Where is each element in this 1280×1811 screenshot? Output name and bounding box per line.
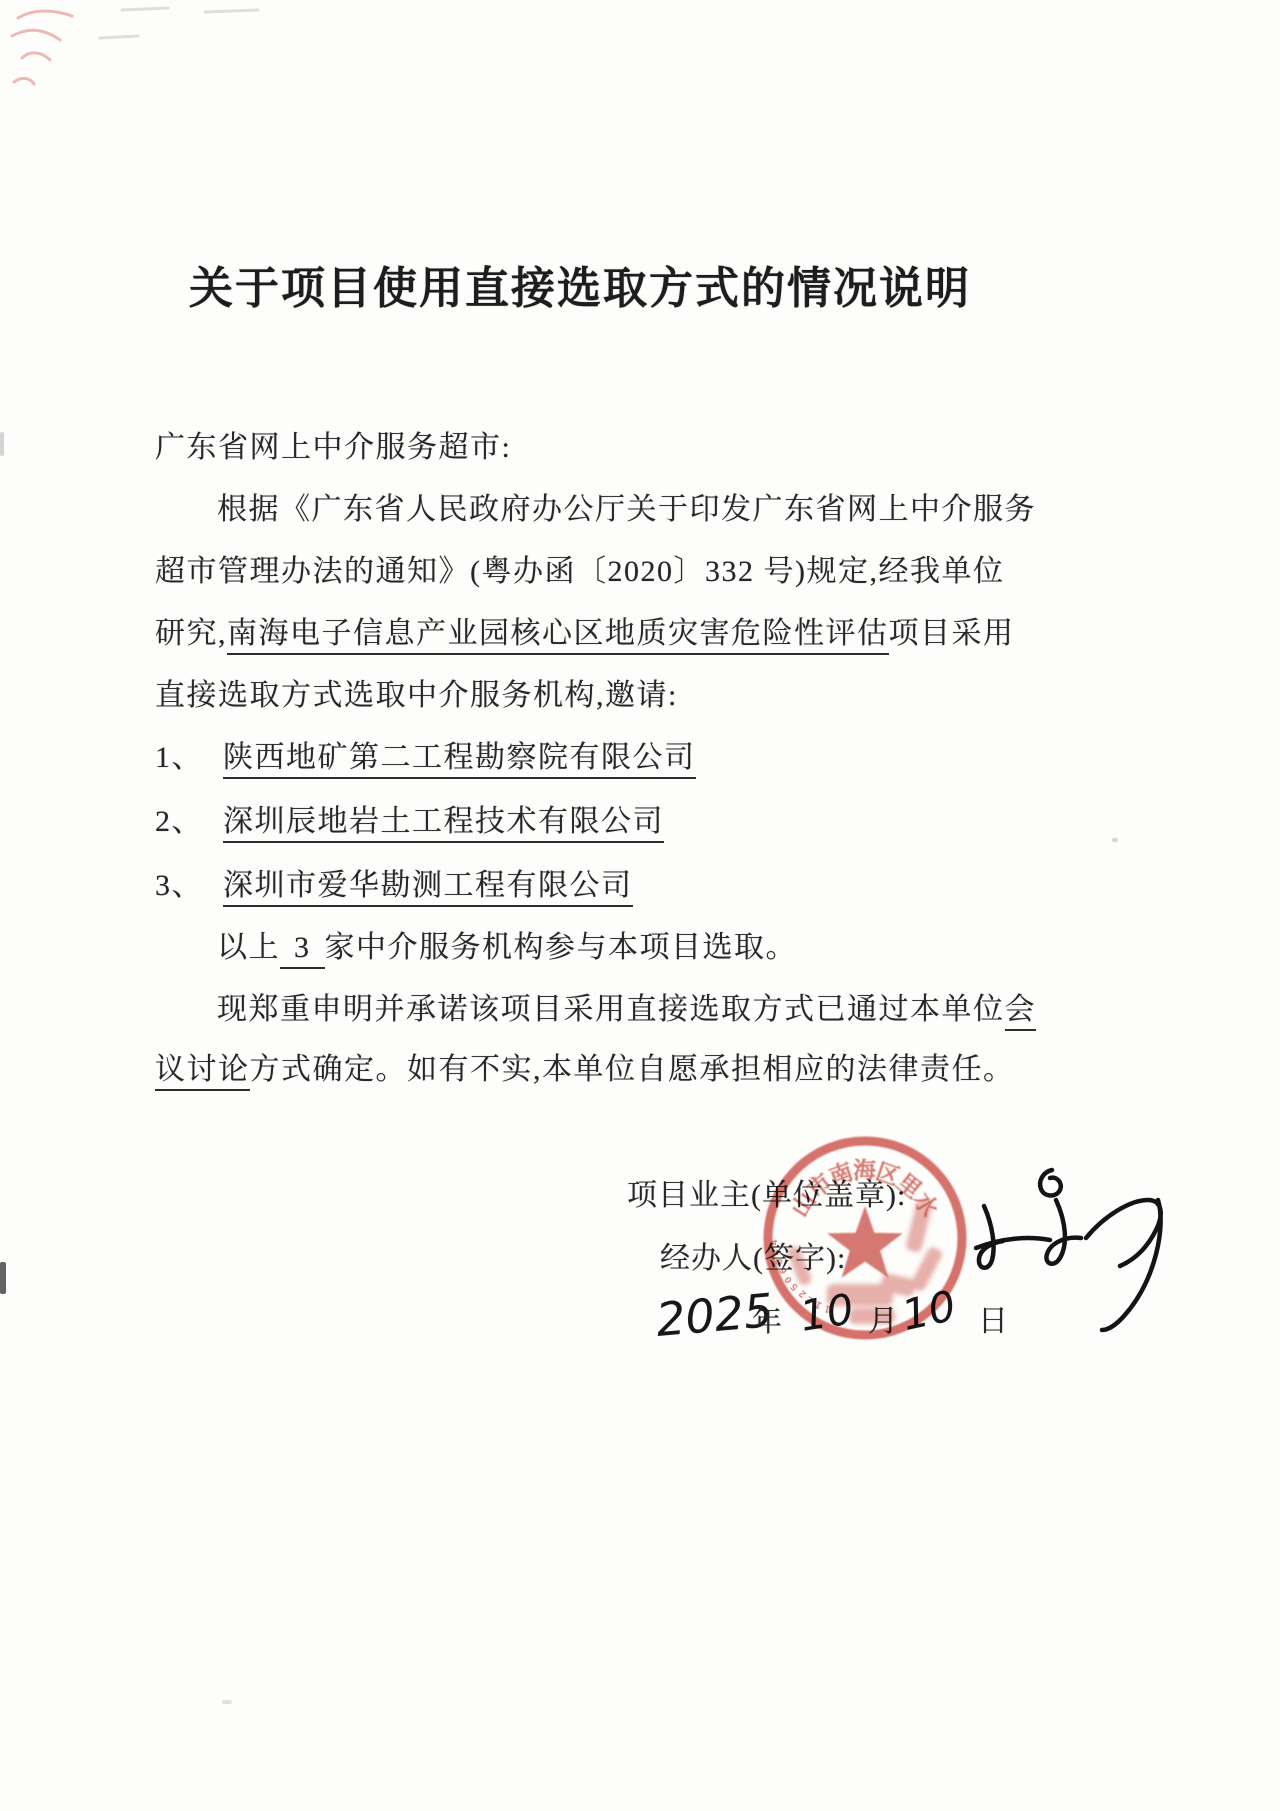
scan-artifact-black [0,1262,6,1294]
agency-list-item-2: 2、深圳辰地岩土工程技术有限公司 [155,800,1155,844]
scan-artifact-gray [0,432,4,456]
scan-artifact-bottom [222,1700,232,1704]
scan-artifact-speck [1112,838,1118,842]
agency-list-item-1: 1、陕西地矿第二工程勘察院有限公司 [155,736,1155,780]
count-suffix: 家中介服务机构参与本项目选取。 [325,931,798,964]
printed-day-unit: 日 [978,1296,1008,1340]
body-line-5: 直接选取方式选取中介服务机构,邀请: [155,674,1155,718]
document-title: 关于项目使用直接选取方式的情况说明 [150,252,1010,316]
declaration-2-text: 方式确定。如有不实,本单位自愿承担相应的法律责任。 [250,1053,1015,1086]
list-number-1: 1、 [155,736,223,780]
red-pen-scuff-marks [0,0,300,140]
agency-name-2: 深圳辰地岩土工程技术有限公司 [223,805,664,843]
declaration-1-underlined: 会 [1005,993,1037,1031]
official-red-stamp: 山市南海区里水 4406052211 [753,1126,977,1350]
body-line-2: 根据《广东省人民政府办公厅关于印发广东省网上中介服务 [217,488,1217,532]
agency-count-underlined: 3 [280,931,325,969]
salutation-line: 广东省网上中介服务超市: [155,426,1155,470]
count-prefix: 以上 [217,931,280,964]
declaration-2-underlined: 议讨论 [155,1053,250,1091]
agency-count-line: 以上3家中介服务机构参与本项目选取。 [217,926,1217,970]
stamp-star-icon [827,1206,903,1278]
list-number-2: 2、 [155,800,223,844]
declaration-line-1: 现郑重申明并承诺该项目采用直接选取方式已通过本单位会 [217,988,1217,1032]
agency-list-item-3: 3、深圳市爱华勘测工程有限公司 [155,864,1155,908]
project-name-underlined: 南海电子信息产业园核心区地质灾害危险性评估 [227,617,889,655]
body-line-4: 研究,南海电子信息产业园核心区地质灾害危险性评估项目采用 [155,612,1155,656]
scanned-document-page: 关于项目使用直接选取方式的情况说明 广东省网上中介服务超市: 根据《广东省人民政… [0,0,1280,1811]
body-line-3: 超市管理办法的通知》(粤办函〔2020〕332 号)规定,经我单位 [155,550,1155,594]
declaration-line-2: 议讨论方式确定。如有不实,本单位自愿承担相应的法律责任。 [155,1048,1155,1092]
body-line-4-prefix: 研究, [155,617,227,650]
agency-name-3: 深圳市爱华勘测工程有限公司 [223,869,633,907]
list-number-3: 3、 [155,864,223,908]
agency-name-1: 陕西地矿第二工程勘察院有限公司 [223,741,696,779]
declaration-1-text: 现郑重申明并承诺该项目采用直接选取方式已通过本单位 [217,993,1005,1026]
body-line-4-suffix: 项目采用 [889,617,1015,650]
